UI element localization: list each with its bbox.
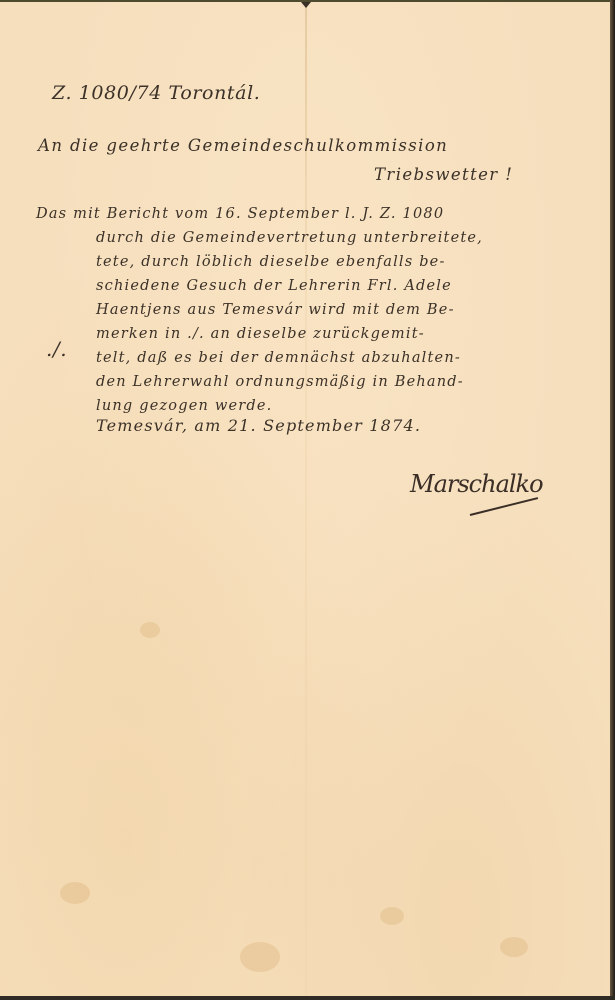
- salutation-line-2: Triebswetter !: [374, 165, 513, 184]
- body-line: telt, daß es bei der demnächst abzuhalte…: [96, 350, 461, 366]
- foxing-spot: [500, 937, 528, 957]
- foxing-spot: [380, 907, 404, 925]
- reference-number: Z. 1080/74 Torontál.: [52, 82, 260, 104]
- body-line: Das mit Bericht vom 16. September l. J. …: [36, 206, 444, 222]
- scan-edge-right: [610, 0, 615, 1000]
- foxing-spot: [140, 622, 160, 638]
- body-line: durch die Gemeindevertretung unterbreite…: [96, 230, 483, 246]
- body-line: merken in ./. an dieselbe zurückgemit-: [96, 326, 425, 342]
- body-line: tete, durch löblich dieselbe ebenfalls b…: [96, 254, 446, 270]
- foxing-spot: [240, 942, 280, 972]
- body-line: schiedene Gesuch der Lehrerin Frl. Adele: [96, 278, 452, 294]
- body-line: Haentjens aus Temesvár wird mit dem Be-: [96, 302, 455, 318]
- salutation-line-1: An die geehrte Gemeindeschulkommission: [38, 136, 448, 155]
- body-line: den Lehrerwahl ordnungsmäßig in Behand-: [96, 374, 464, 390]
- signature: Marschalko: [410, 470, 543, 498]
- body-line: lung gezogen werde.: [96, 398, 272, 414]
- scan-edge-bottom: [0, 996, 615, 1000]
- signature-underline: [470, 497, 538, 516]
- fold-notch: [301, 2, 311, 8]
- scan-edge-top: [0, 0, 615, 2]
- dateline: Temesvár, am 21. September 1874.: [96, 416, 421, 435]
- margin-mark: ./.: [46, 337, 67, 361]
- letter-page: Z. 1080/74 Torontál. An die geehrte Geme…: [0, 2, 610, 996]
- foxing-spot: [60, 882, 90, 904]
